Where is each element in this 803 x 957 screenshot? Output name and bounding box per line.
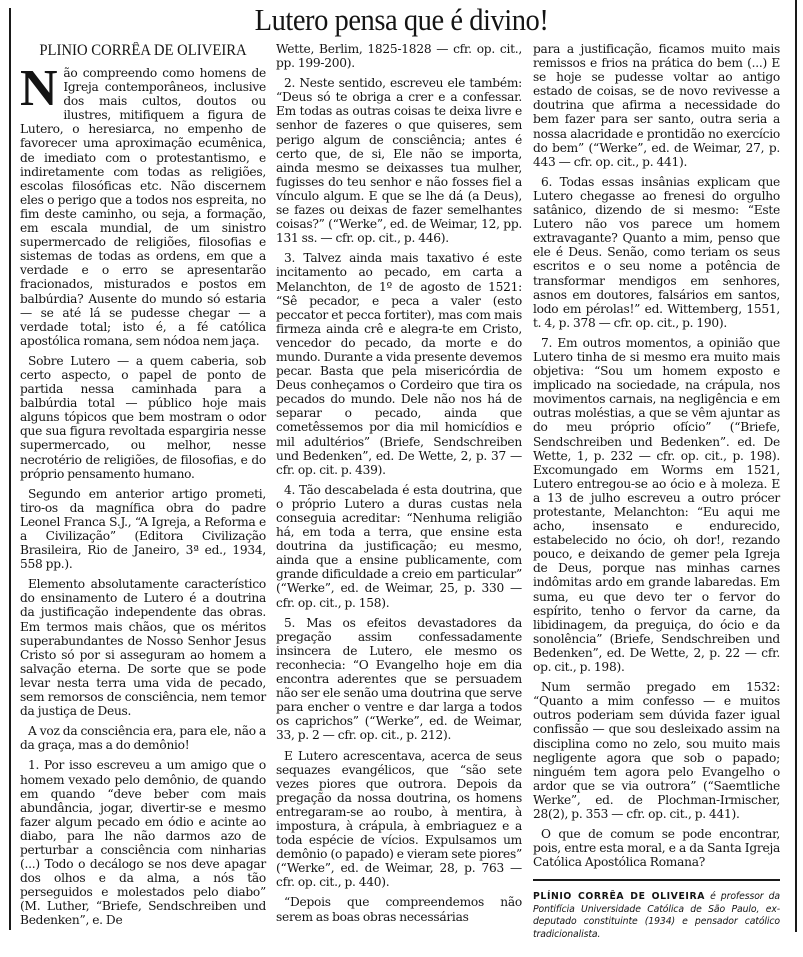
article-title: Lutero pensa que é divino! bbox=[32, 2, 771, 38]
article-paragraph: 1. Por isso escreveu a um amigo que o ho… bbox=[20, 758, 266, 927]
article-paragraph: 2. Neste sentido, escreveu ele também: “… bbox=[276, 76, 522, 245]
article-column-2: Wette, Berlim, 1825-1828 — cfr. op. cit.… bbox=[276, 42, 522, 930]
article-paragraph: E Lutero acrescentava, acerca de seus se… bbox=[276, 749, 522, 890]
article-paragraph: 7. Em outros momentos, a opinião que Lut… bbox=[533, 336, 780, 674]
bio-separator-rule bbox=[533, 879, 780, 881]
article-paragraph: para a justificação, ficamos muito mais … bbox=[533, 42, 780, 169]
article-paragraph: 3. Talvez ainda mais taxativo é este inc… bbox=[276, 251, 522, 477]
article-paragraph: 5. Mas os efeitos devastadores da pregaç… bbox=[276, 616, 522, 743]
article-paragraph: 6. Todas essas insânias explicam que Lut… bbox=[533, 175, 780, 330]
article-paragraph: Elemento absolutamente característico do… bbox=[20, 577, 266, 718]
article-paragraph: 4. Tão descabelada é esta doutrina, que … bbox=[276, 483, 522, 610]
article-paragraph: Num sermão pregado em 1532: “Quanto a mi… bbox=[533, 680, 780, 821]
article-column-1: PLINIO CORRÊA DE OLIVEIRA Não compreendo… bbox=[20, 42, 266, 934]
article-paragraph: “Depois que compreendemos não serem as b… bbox=[276, 895, 522, 923]
right-border-rule bbox=[795, 0, 797, 932]
drop-cap: N bbox=[20, 69, 57, 109]
article-paragraph: A voz da consciência era, para ele, não … bbox=[20, 724, 266, 752]
article-column-3: para a justificação, ficamos muito mais … bbox=[533, 42, 780, 941]
article-paragraph: Segundo em anterior artigo prometi, tiro… bbox=[20, 487, 266, 572]
author-bio-name: PLÍNIO CORRÊA DE OLIVEIRA bbox=[533, 891, 705, 902]
article-paragraph: O que de comum se pode encontrar, pois, … bbox=[533, 827, 780, 869]
left-border-rule bbox=[9, 8, 11, 930]
author-bio: PLÍNIO CORRÊA DE OLIVEIRA é professor da… bbox=[533, 891, 780, 941]
author-byline: PLINIO CORRÊA DE OLIVEIRA bbox=[26, 42, 260, 60]
article-paragraph: Wette, Berlim, 1825-1828 — cfr. op. cit.… bbox=[276, 42, 522, 70]
article-paragraph: Sobre Lutero — a quem caberia, sob certo… bbox=[20, 354, 266, 481]
article-paragraph: Não compreendo como homens de Igreja con… bbox=[20, 66, 266, 348]
